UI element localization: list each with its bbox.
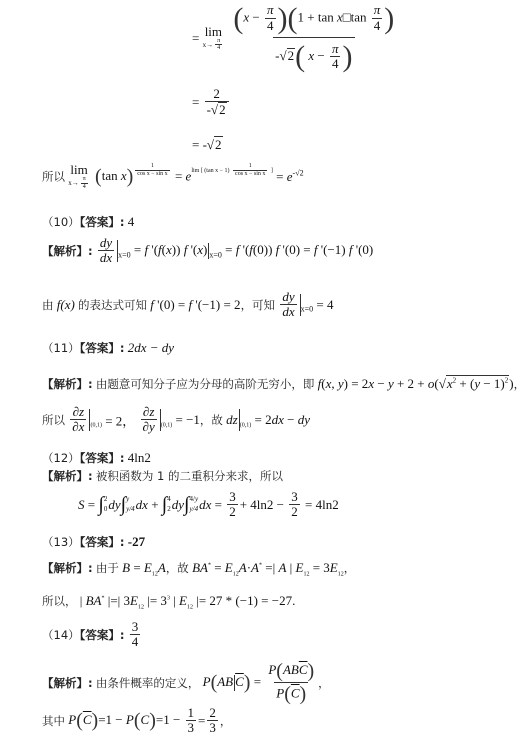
- answer-value: 4: [128, 214, 135, 229]
- answer-label: 【答案】:: [80, 535, 125, 549]
- text: ，: [344, 561, 356, 575]
- result-step: = -√2: [192, 136, 223, 153]
- text: 由题意可知分子应为分母的高阶无穷小，即: [96, 377, 315, 391]
- answer-value: -27: [128, 534, 145, 549]
- q10-answer: （10）【答案】: 4: [42, 214, 134, 230]
- question-number: （11）: [42, 341, 80, 355]
- answer-label: 【答案】:: [80, 628, 125, 642]
- text: 由条件概率的定义，: [96, 676, 200, 690]
- two-over-neg-root2: 2 -√2: [205, 87, 229, 118]
- answer-value: 3 4: [130, 620, 141, 650]
- analysis-label: 【解析】:: [42, 244, 93, 258]
- text: 的表达式可知: [78, 298, 147, 312]
- text: 其中: [42, 714, 65, 728]
- q12-answer: （12）【答案】: 4ln2: [42, 450, 151, 466]
- q10-analysis-line2: 由 f(x) 的表达式可知 f '(0) = f '(−1) = 2，可知 dy…: [42, 290, 333, 320]
- conclusion-prefix: 所以: [42, 170, 65, 184]
- text: 所以: [42, 413, 65, 427]
- q11-analysis: 【解析】: 由题意可知分子应为分母的高阶无穷小，即 f(x, y) = 2x −…: [42, 375, 525, 392]
- text: 所以，: [42, 594, 77, 608]
- answer-value: 2dx − dy: [128, 340, 174, 355]
- fraction-step: = 2 -√2: [192, 87, 231, 118]
- q10-analysis: 【解析】: dydxx=0 = f '(f(x)) f '(x)x=0 = f …: [42, 236, 373, 266]
- text: ，可知: [241, 298, 276, 312]
- text: ，: [318, 676, 330, 690]
- q12-analysis: 【解析】: 被积函数为 1 的二重积分来求，所以: [42, 468, 283, 484]
- q13-answer: （13）【答案】: -27: [42, 534, 145, 550]
- q14-answer: （14）【答案】: 3 4: [42, 620, 142, 650]
- analysis-label: 【解析】:: [42, 676, 93, 690]
- q14-analysis: 【解析】: 由条件概率的定义， P(ABC) = P(ABC)P(C)，: [42, 660, 330, 706]
- limit-step-fraction: = lim x→π4 (x − π4)(1 + tan x□tan π4) -√…: [192, 2, 398, 75]
- q14-analysis-line2: 其中 P(C)=1 − P(C)=1 − 13=23，: [42, 706, 231, 736]
- answer-label: 【答案】:: [80, 341, 125, 355]
- question-number: （13）: [42, 535, 80, 549]
- question-number: （14）: [42, 628, 80, 642]
- analysis-label: 【解析】:: [42, 561, 93, 575]
- q12-integral: S = ∫20dy∫yy/4dx + ∫42dy∫4/yy/4dx = 32+ …: [78, 490, 339, 520]
- conclusion-line: 所以 lim x→π4 (tan x)1cos x − sin x = elim…: [42, 163, 304, 190]
- analysis-label: 【解析】:: [42, 469, 93, 483]
- text: ，故: [166, 561, 189, 575]
- limit-operator: lim x→π4: [68, 163, 90, 190]
- main-fraction: (x − π4)(1 + tan x□tan π4) -√2( x − π4): [231, 2, 396, 75]
- question-number: （10）: [42, 215, 80, 229]
- question-number: （12）: [42, 451, 80, 465]
- answer-value: 4ln2: [128, 450, 151, 465]
- limit-operator: lim x→π4: [203, 25, 225, 52]
- text: .: [292, 593, 295, 608]
- denominator: -√2: [205, 101, 229, 118]
- text: ，: [514, 377, 526, 391]
- numerator: 2: [211, 87, 222, 101]
- fx: f(x): [57, 297, 75, 312]
- text: 由于: [96, 561, 119, 575]
- denominator: 4: [130, 634, 141, 650]
- equals-sign: =: [192, 95, 199, 110]
- text: 由: [42, 298, 54, 312]
- analysis-label: 【解析】:: [42, 377, 93, 391]
- numerator: 3: [130, 620, 141, 634]
- q13-analysis: 【解析】: 由于 B = E12A，故 BA* = E12A·A* =| A |…: [42, 560, 355, 578]
- text: ，故: [200, 413, 223, 427]
- text: ，: [220, 714, 232, 728]
- q11-answer: （11）【答案】: 2dx − dy: [42, 340, 174, 356]
- equals-sign: =: [192, 30, 199, 45]
- q13-analysis-line2: 所以， | BA* |=| 3E12 |= 33 | E12 |= 27 * (…: [42, 593, 295, 611]
- answer-label: 【答案】:: [80, 215, 125, 229]
- answer-label: 【答案】:: [80, 451, 125, 465]
- text: 被积函数为 1 的二重积分来求，所以: [96, 469, 283, 483]
- q11-analysis-line2: 所以 ∂z∂x(0,1) = 2， ∂z∂y(0,1) = −1，故 dz(0,…: [42, 405, 310, 435]
